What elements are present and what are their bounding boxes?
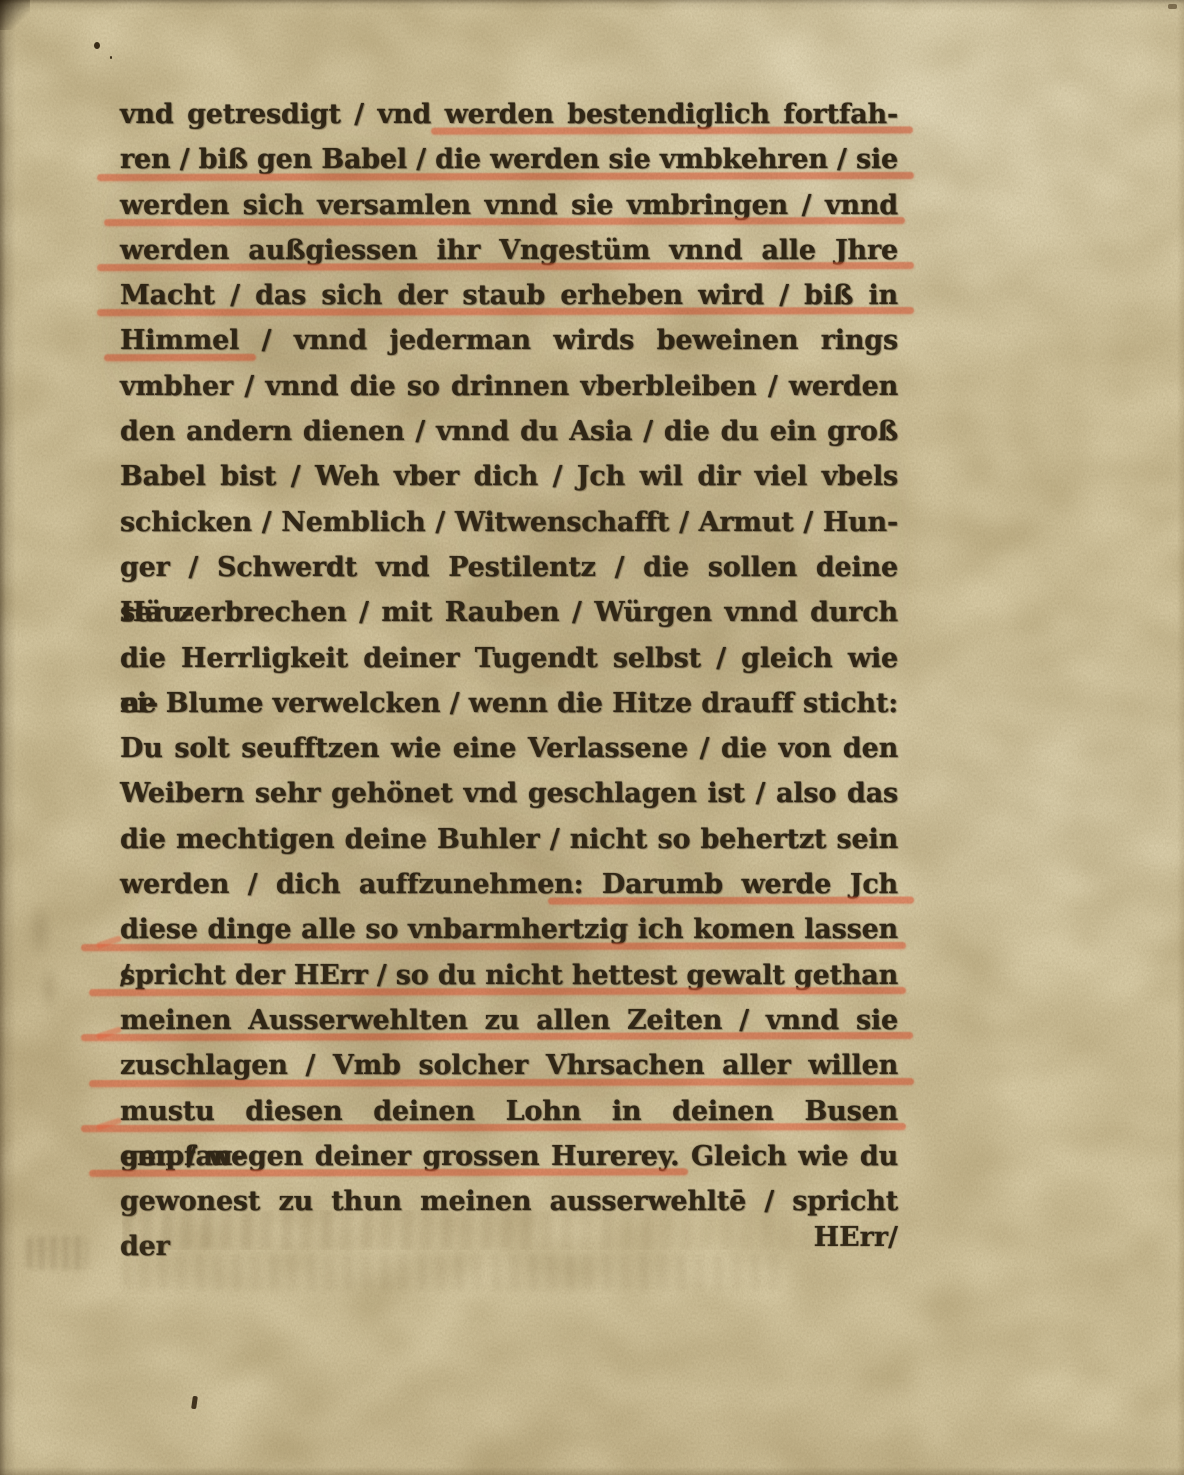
line-text: die mechtigen deine Buhler / nicht so be…: [120, 824, 898, 855]
red-underline: [104, 354, 256, 361]
line-text: werden / dich auffzunehmen: Darumb werde…: [120, 869, 898, 900]
ink-speck: [191, 1396, 198, 1410]
text-line: schicken / Nemblich / Witwenschafft / Ar…: [120, 500, 898, 545]
text-line: werden außgiessen ihr Vngestüm vnnd alle…: [120, 228, 898, 273]
line-text: vnd getresdigt / vnd werden bestendiglic…: [120, 99, 898, 130]
text-line: meinen Ausserwehlten zu allen Zeiten / v…: [120, 998, 898, 1043]
text-block: vnd getresdigt / vnd werden bestendiglic…: [120, 92, 898, 1224]
ink-blot: [94, 42, 100, 49]
text-line: die mechtigen deine Buhler / nicht so be…: [120, 817, 898, 862]
line-text: zuschlagen / Vmb solcher Vhrsachen aller…: [120, 1050, 898, 1081]
text-line: die Herrligkeit deiner Tugendt selbst / …: [120, 636, 898, 681]
line-text: gen / wegen deiner grossen Hurerey. Glei…: [120, 1141, 898, 1172]
text-line: ser zerbrechen / mit Rauben / Würgen vnn…: [120, 590, 898, 635]
red-underline: [97, 262, 914, 271]
text-line: werden sich versamlen vnnd sie vmbringen…: [120, 183, 898, 228]
text-line: werden / dich auffzunehmen: Darumb werde…: [120, 862, 898, 907]
bleed-through-margin-word: [26, 1236, 88, 1270]
red-underline: [89, 1077, 914, 1086]
red-underline: [89, 1168, 688, 1177]
text-line: den andern dienen / vnnd du Asia / die d…: [120, 409, 898, 454]
text-line: Babel bist / Weh vber dich / Jch wil dir…: [120, 454, 898, 499]
text-line: diese dinge alle so vnbarmhertzig ich ko…: [120, 907, 898, 952]
text-line: mustu diesen deinen Lohn in deinen Busen…: [120, 1089, 898, 1134]
red-underline: [104, 217, 905, 226]
text-line: gen / wegen deiner grossen Hurerey. Glei…: [120, 1134, 898, 1179]
line-text: Weibern sehr gehönet vnd geschlagen ist …: [120, 778, 898, 809]
dark-corner-stain: [0, 0, 30, 30]
text-line: Weibern sehr gehönet vnd geschlagen ist …: [120, 771, 898, 816]
text-line: ren / biß gen Babel / die werden sie vmb…: [120, 137, 898, 182]
ink-speck: [1168, 4, 1177, 9]
line-text: werden außgiessen ihr Vngestüm vnnd alle…: [120, 235, 898, 266]
red-underline: [81, 942, 906, 951]
red-underline: [81, 1032, 913, 1041]
line-text: Du solt seufftzen wie eine Verlassene / …: [120, 733, 898, 764]
red-underline: [548, 897, 914, 905]
line-text: ne Blume verwelcken / wenn die Hitze dra…: [120, 688, 898, 719]
text-line: Du solt seufftzen wie eine Verlassene / …: [120, 726, 898, 771]
text-line: ne Blume verwelcken / wenn die Hitze dra…: [120, 681, 898, 726]
line-text: ren / biß gen Babel / die werden sie vmb…: [120, 144, 898, 175]
line-text: vmbher / vnnd die so drinnen vberbleiben…: [120, 371, 898, 402]
red-underline: [431, 127, 913, 135]
text-line: vnd getresdigt / vnd werden bestendiglic…: [120, 92, 898, 137]
line-text: ser zerbrechen / mit Rauben / Würgen vnn…: [120, 597, 898, 628]
text-line: vmbher / vnnd die so drinnen vberbleiben…: [120, 364, 898, 409]
red-underline: [81, 1123, 906, 1132]
margin-smudge: [16, 905, 76, 1035]
bleed-through-text-row: [122, 1254, 782, 1290]
line-text: Himmel / vnnd jederman wirds beweinen ri…: [120, 325, 898, 356]
line-text: Babel bist / Weh vber dich / Jch wil dir…: [120, 461, 898, 492]
red-underline: [97, 172, 914, 181]
line-text: spricht der HErr / so du nicht hettest g…: [120, 960, 898, 991]
bleed-through-text-row: [122, 1210, 892, 1250]
text-line: Macht / das sich der staub erheben wird …: [120, 273, 898, 318]
manuscript-page: vnd getresdigt / vnd werden bestendiglic…: [0, 0, 1184, 1475]
red-underline: [89, 987, 906, 996]
line-text: schicken / Nemblich / Witwenschafft / Ar…: [120, 507, 898, 538]
line-text: werden sich versamlen vnnd sie vmbringen…: [120, 190, 898, 221]
text-line: spricht der HErr / so du nicht hettest g…: [120, 953, 898, 998]
text-line: ger / Schwerdt vnd Pestilentz / die soll…: [120, 545, 898, 590]
line-text: den andern dienen / vnnd du Asia / die d…: [120, 416, 898, 447]
text-line: Himmel / vnnd jederman wirds beweinen ri…: [120, 318, 898, 363]
red-underline: [97, 307, 914, 316]
text-line: zuschlagen / Vmb solcher Vhrsachen aller…: [120, 1043, 898, 1088]
